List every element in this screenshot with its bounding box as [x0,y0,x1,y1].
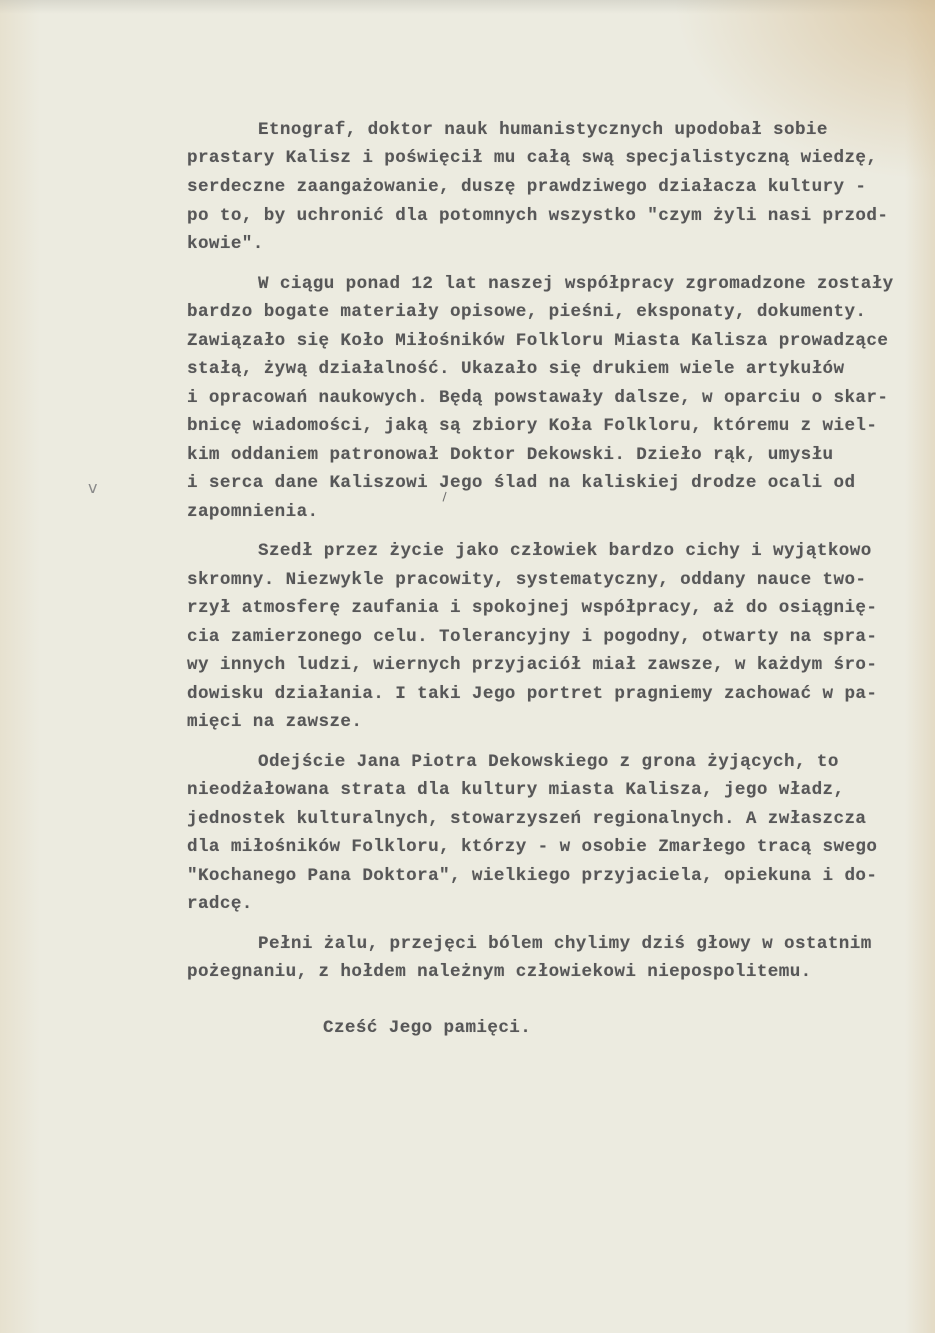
paragraph-1-line-3: serdeczne zaangażowanie, duszę prawdziwe… [187,177,866,197]
paragraph-3-line-1: Szedł przez życie jako człowiek bardzo c… [258,541,872,561]
paragraph-2-line-1: W ciągu ponad 12 lat naszej współpracy z… [258,274,894,294]
paragraph-2-line-6: bnicę wiadomości, jaką są zbiory Koła Fo… [187,416,877,436]
paragraph-3-line-2: skromny. Niezwykle pracowity, systematyc… [187,570,866,590]
paragraph-1-line-4: po to, by uchronić dla potomnych wszystk… [187,206,888,226]
paragraph-2-line-5: i opracowań naukowych. Będą powstawały d… [187,388,888,408]
handwritten-comma-mark [443,492,449,502]
paragraph-4-line-6: radcę. [187,894,253,914]
paragraph-5-line-1: Pełni żalu, przejęci bólem chylimy dziś … [258,934,872,954]
paragraph-3-line-5: wy innych ludzi, wiernych przyjaciół mia… [187,655,877,675]
paragraph-4-line-4: dla miłośników Folkloru, którzy - w osob… [187,837,877,857]
paragraph-4-line-1: Odejście Jana Piotra Dekowskiego z grona… [258,752,839,772]
paragraph-3-line-4: cia zamierzonego celu. Tolerancyjny i po… [187,627,877,647]
margin-check-mark: v [88,478,97,497]
paragraph-5-line-2: pożegnaniu, z hołdem należnym człowiekow… [187,962,812,982]
paragraph-1-line-2: prastary Kalisz i poświęcił mu całą swą … [187,148,877,168]
paragraph-2-line-7: kim oddaniem patronował Doktor Dekowski.… [187,445,834,465]
paragraph-4-line-2: nieodżałowana strata dla kultury miasta … [187,780,844,800]
paragraph-1-line-5: kowie". [187,234,264,254]
paragraph-2-line-2: bardzo bogate materiały opisowe, pieśni,… [187,302,866,322]
paragraph-2-line-4: stałą, żywą działalność. Ukazało się dru… [187,359,844,379]
closing-line: Cześć Jego pamięci. [323,1018,531,1038]
paragraph-2-line-3: Zawiązało się Koło Miłośników Folkloru M… [187,331,888,351]
paragraph-1-line-1: Etnograf, doktor nauk humanistycznych up… [258,120,828,140]
typewritten-page: v Etnograf, doktor nauk humanistycznych … [0,0,935,1333]
paragraph-4-line-5: "Kochanego Pana Doktora", wielkiego przy… [187,866,877,886]
paragraph-4-line-3: jednostek kulturalnych, stowarzyszeń reg… [187,809,866,829]
paragraph-2-line-8: i serca dane Kaliszowi Jego ślad na kali… [187,473,855,493]
paragraph-3-line-6: dowisku działania. I taki Jego portret p… [187,684,877,704]
paragraph-3-line-7: mięci na zawsze. [187,712,362,732]
paragraph-2-line-9: zapomnienia. [187,502,319,522]
paragraph-3-line-3: rzył atmosferę zaufania i spokojnej wspó… [187,598,877,618]
